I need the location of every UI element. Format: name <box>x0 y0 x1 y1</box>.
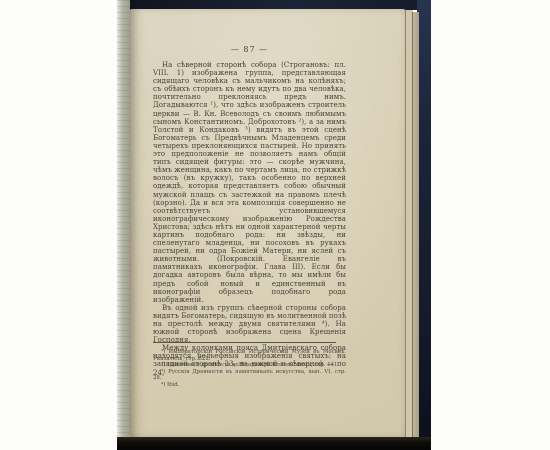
book-cover-right-edge <box>417 0 431 450</box>
body-paragraph-2: Въ одной изъ группъ сѣверной стороны соб… <box>153 304 346 344</box>
book-cover-bottom-edge <box>117 437 431 450</box>
footnote-separator <box>153 342 336 343</box>
book-photo: — 87 — На сѣверной сторонѣ собора (Строг… <box>0 0 550 450</box>
page-text-block: — 87 — На сѣверной сторонѣ собора (Строг… <box>153 45 346 377</box>
footnote-3: ³) Русскія Древности въ памятникахъ иску… <box>153 369 346 382</box>
footnote-2: ²) Памятники древности во Владимірѣ Кляз… <box>153 362 346 369</box>
footnote-1: ¹) Императорскій Россійскій Историческій… <box>153 349 346 362</box>
page-fore-edge-shadow <box>412 12 419 437</box>
page-number: — 87 — <box>153 45 346 54</box>
body-paragraph-1: На сѣверной сторонѣ собора (Строгановъ: … <box>153 61 346 304</box>
footnotes-block: ¹) Императорскій Россійскій Историческій… <box>153 349 346 388</box>
footnote-4: ⁴) Ibid. <box>153 382 346 389</box>
